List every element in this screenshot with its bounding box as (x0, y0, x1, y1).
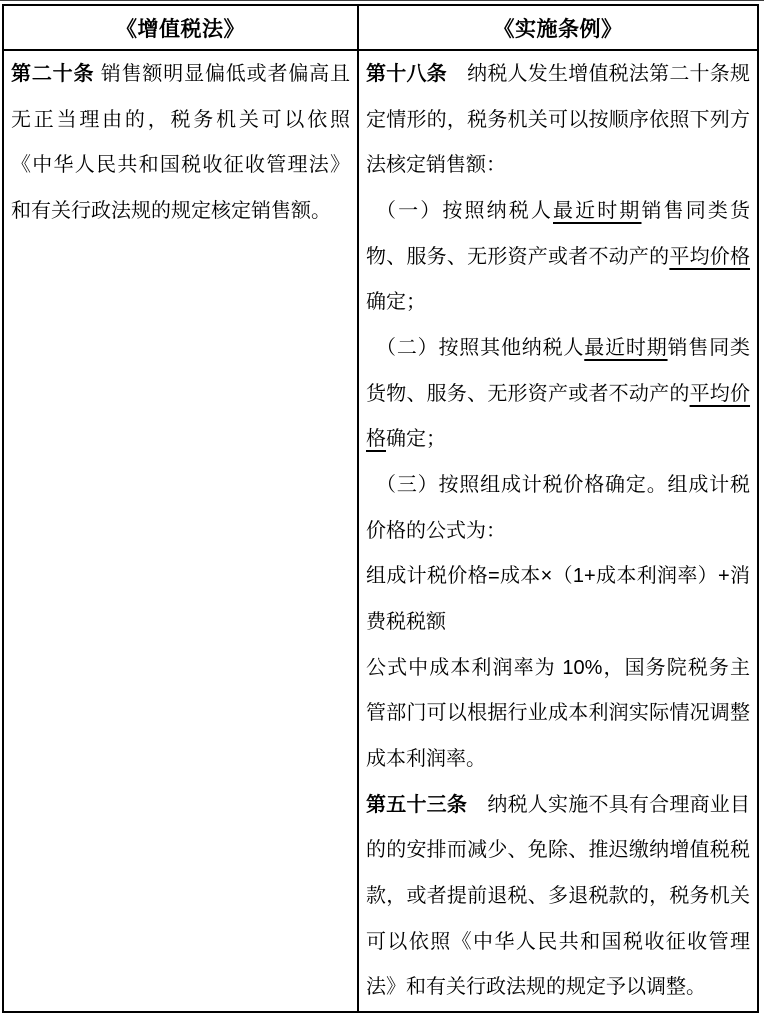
text-run: 公式中成本利润率为 10%，国务院税务主管部门可以根据行业成本利润实际情况调整成… (366, 657, 750, 770)
text-run: 最近时期 (553, 200, 642, 222)
text-run: 确定； (386, 428, 446, 450)
text-run: （一）按照纳税人 (376, 200, 553, 222)
law-paragraph: 第五十三条 纳税人实施不具有合理商业目的的安排而减少、免除、推迟缴纳增值税税款，… (366, 783, 750, 1011)
law-paragraph: 第十八条 纳税人发生增值税法第二十条规定情形的，税务机关可以按顺序依照下列方法核… (366, 52, 750, 189)
text-run: 纳税人实施不具有合理商业目的的安排而减少、免除、推迟缴纳增值税税款，或者提前退税… (366, 794, 750, 999)
text-run: 组成计税价格=成本×（1+成本利润率）+消费税税额 (366, 565, 750, 633)
text-run: 最近时期 (584, 337, 667, 359)
text-run: 确定； (366, 291, 426, 313)
crop-artifact-line (0, 0, 764, 1)
law-paragraph: （二）按照其他纳税人最近时期销售同类货物、服务、无形资产或者不动产的平均价格确定… (366, 326, 750, 463)
header-vat-law: 《增值税法》 (3, 5, 358, 50)
regulations-articles-cell: 第十八条 纳税人发生增值税法第二十条规定情形的，税务机关可以按顺序依照下列方法核… (358, 50, 758, 1012)
text-run: 第二十条 (11, 63, 94, 85)
text-run: （二）按照其他纳税人 (376, 337, 584, 359)
vat-law-article-cell: 第二十条 销售额明显偏低或者偏高且无正当理由的，税务机关可以依照《中华人民共和国… (3, 50, 358, 1012)
header-row: 《增值税法》 《实施条例》 (3, 5, 758, 50)
law-paragraph: 公式中成本利润率为 10%，国务院税务主管部门可以根据行业成本利润实际情况调整成… (366, 646, 750, 783)
text-run: （三）按照组成计税价格确定。组成计税价格的公式为： (366, 474, 750, 542)
header-implementation-regulations: 《实施条例》 (358, 5, 758, 50)
law-paragraph: 组成计税价格=成本×（1+成本利润率）+消费税税额 (366, 554, 750, 645)
law-paragraph: 第二十条 销售额明显偏低或者偏高且无正当理由的，税务机关可以依照《中华人民共和国… (11, 52, 350, 235)
law-comparison-table: 《增值税法》 《实施条例》 第二十条 销售额明显偏低或者偏高且无正当理由的，税务… (2, 4, 759, 1013)
law-paragraph: （一）按照纳税人最近时期销售同类货物、服务、无形资产或者不动产的平均价格确定； (366, 189, 750, 326)
text-run: 平均价格 (669, 246, 750, 268)
text-run: 第五十三条 (366, 794, 467, 816)
text-run: 第十八条 (366, 63, 447, 85)
text-run: 销售额明显偏低或者偏高且无正当理由的，税务机关可以依照《中华人民共和国税收征收管… (11, 63, 350, 222)
body-row: 第二十条 销售额明显偏低或者偏高且无正当理由的，税务机关可以依照《中华人民共和国… (3, 50, 758, 1012)
law-paragraph: （三）按照组成计税价格确定。组成计税价格的公式为： (366, 463, 750, 554)
